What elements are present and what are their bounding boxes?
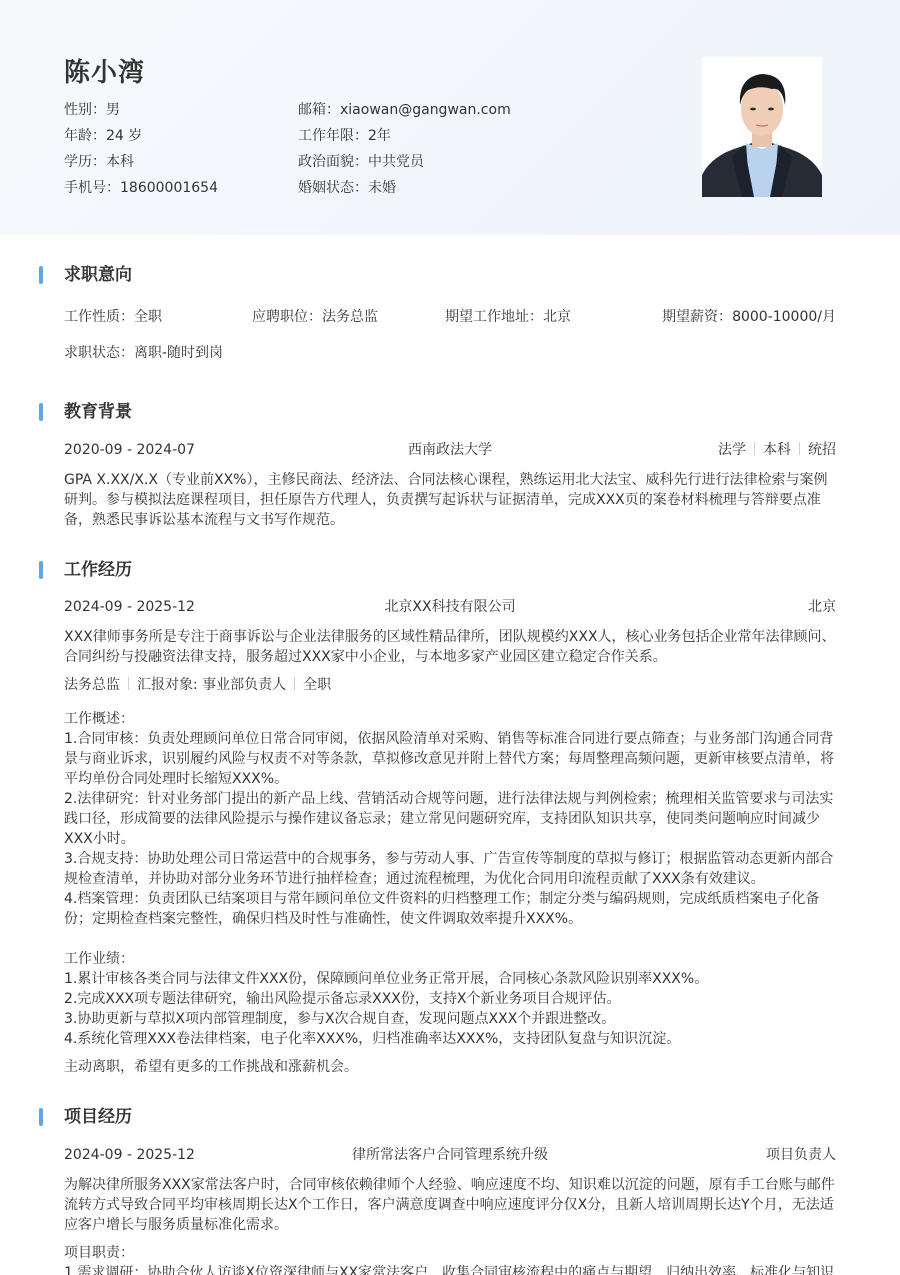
basic-info-right: 邮箱：xiaowan@gangwan.com 工作年限：2年 政治面貌：中共党员… (298, 99, 511, 203)
work-overview-item: 4.档案管理：负责团队已结案项目与常年顾问单位文件资料的归档整理工作；制定分类与… (64, 889, 836, 929)
info-age: 年龄：24 岁 (64, 125, 218, 151)
profile-header: 陈小湾 性别：男 年龄：24 岁 学历：本科 手机号：18600001654 邮… (0, 0, 900, 235)
work-overview-item: 2.法律研究：针对业务部门提出的新产品上线、营销活动合规等问题，进行法律法规与判… (64, 789, 836, 849)
divider (128, 677, 129, 690)
section-title-job-intent: 求职意向 (64, 263, 836, 287)
work-achievements-title: 工作业绩： (64, 949, 836, 969)
work-achievement-item: 3.协助更新与草拟X项内部管理制度，参与X次合规自查，发现问题点XXX个并跟进整… (64, 1009, 836, 1029)
work-overview-item: 1.合同审核：负责处理顾问单位日常合同审阅，依据风险清单对采购、销售等标准合同进… (64, 729, 836, 789)
intent-status: 求职状态：离职-随时到岗 (64, 343, 223, 363)
project-duty-item: 1.需求调研：协助合伙人访谈X位资深律师与XX家常法客户，收集合同审核流程中的痛… (64, 1263, 836, 1275)
section-accent-bar (39, 561, 43, 579)
divider (754, 442, 755, 455)
section-education: 教育背景 2020-09 - 2024-07 西南政法大学 法学本科统招 GPA… (0, 400, 900, 530)
intent-row-2: 求职状态：离职-随时到岗 (64, 343, 836, 363)
work-tags: 法务总监汇报对象: 事业部负责人全职 (64, 675, 836, 695)
education-meta: 2020-09 - 2024-07 西南政法大学 法学本科统招 (64, 440, 836, 460)
avatar-photo-icon (702, 57, 822, 197)
section-title-education: 教育背景 (64, 400, 836, 424)
divider (799, 442, 800, 455)
work-overview-title: 工作概述： (64, 709, 836, 729)
project-duties-title: 项目职责： (64, 1243, 836, 1263)
work-achievement-item: 2.完成XXX项专题法律研究，输出风险提示备忘录XXX份，支持X个新业务项目合规… (64, 989, 836, 1009)
work-overview-item: 3.合规支持：协助处理公司日常运营中的合规事务，参与劳动人事、广告宣传等制度的草… (64, 849, 836, 889)
info-degree: 学历：本科 (64, 151, 218, 177)
section-accent-bar (39, 266, 43, 284)
education-tags: 法学本科统招 (718, 440, 836, 460)
section-job-intent: 求职意向 工作性质：全职 应聘职位：法务总监 期望工作地址：北京 期望薪资：80… (0, 263, 900, 363)
intent-work-type: 工作性质：全职 (64, 307, 252, 327)
work-meta: 2024-09 - 2025-12 北京XX科技有限公司 北京 (64, 597, 836, 617)
info-email: 邮箱：xiaowan@gangwan.com (298, 99, 511, 125)
project-meta: 2024-09 - 2025-12 律所常法客户合同管理系统升级 项目负责人 (64, 1145, 836, 1165)
basic-info-left: 性别：男 年龄：24 岁 学历：本科 手机号：18600001654 (64, 99, 218, 203)
work-achievement-item: 1.累计审核各类合同与法律文件XXX份，保障顾问单位业务正常开展，合同核心条款风… (64, 969, 836, 989)
section-accent-bar (39, 1108, 43, 1126)
info-political-status: 政治面貌：中共党员 (298, 151, 511, 177)
section-accent-bar (39, 403, 43, 421)
education-description: GPA X.XX/X.X（专业前XX%），主修民商法、经济法、合同法核心课程，熟… (64, 470, 836, 530)
info-phone: 手机号：18600001654 (64, 177, 218, 203)
section-title-work: 工作经历 (64, 558, 836, 582)
intent-position: 应聘职位：法务总监 (252, 307, 445, 327)
info-marital-status: 婚姻状态：未婚 (298, 177, 511, 203)
work-achievement-item: 4.系统化管理XXX卷法律档案，电子化率XXX%，归档准确率达XXX%，支持团队… (64, 1029, 836, 1049)
work-company-description: XXX律师事务所是专注于商事诉讼与企业法律服务的区域性精品律所，团队规模约XXX… (64, 627, 836, 667)
info-gender: 性别：男 (64, 99, 218, 125)
intent-location: 期望工作地址：北京 (445, 307, 660, 327)
work-leave-reason: 主动离职，希望有更多的工作挑战和涨薪机会。 (64, 1057, 836, 1077)
intent-salary: 期望薪资：8000-10000/月 (662, 307, 836, 327)
project-role: 项目负责人 (766, 1145, 836, 1165)
candidate-name: 陈小湾 (64, 52, 145, 89)
work-location: 北京 (808, 597, 836, 617)
section-title-project: 项目经历 (64, 1105, 836, 1129)
intent-row-1: 工作性质：全职 应聘职位：法务总监 期望工作地址：北京 期望薪资：8000-10… (64, 307, 836, 327)
avatar (702, 57, 822, 197)
section-project-experience: 项目经历 2024-09 - 2025-12 律所常法客户合同管理系统升级 项目… (0, 1105, 900, 1275)
project-description: 为解决律所服务XXX家常法客户时，合同审核依赖律师个人经验、响应速度不均、知识难… (64, 1175, 836, 1235)
divider (294, 677, 295, 690)
info-work-years: 工作年限：2年 (298, 125, 511, 151)
project-name: 律所常法客户合同管理系统升级 (64, 1145, 836, 1165)
section-work-experience: 工作经历 2024-09 - 2025-12 北京XX科技有限公司 北京 XXX… (0, 558, 900, 1077)
work-company: 北京XX科技有限公司 (64, 597, 836, 617)
